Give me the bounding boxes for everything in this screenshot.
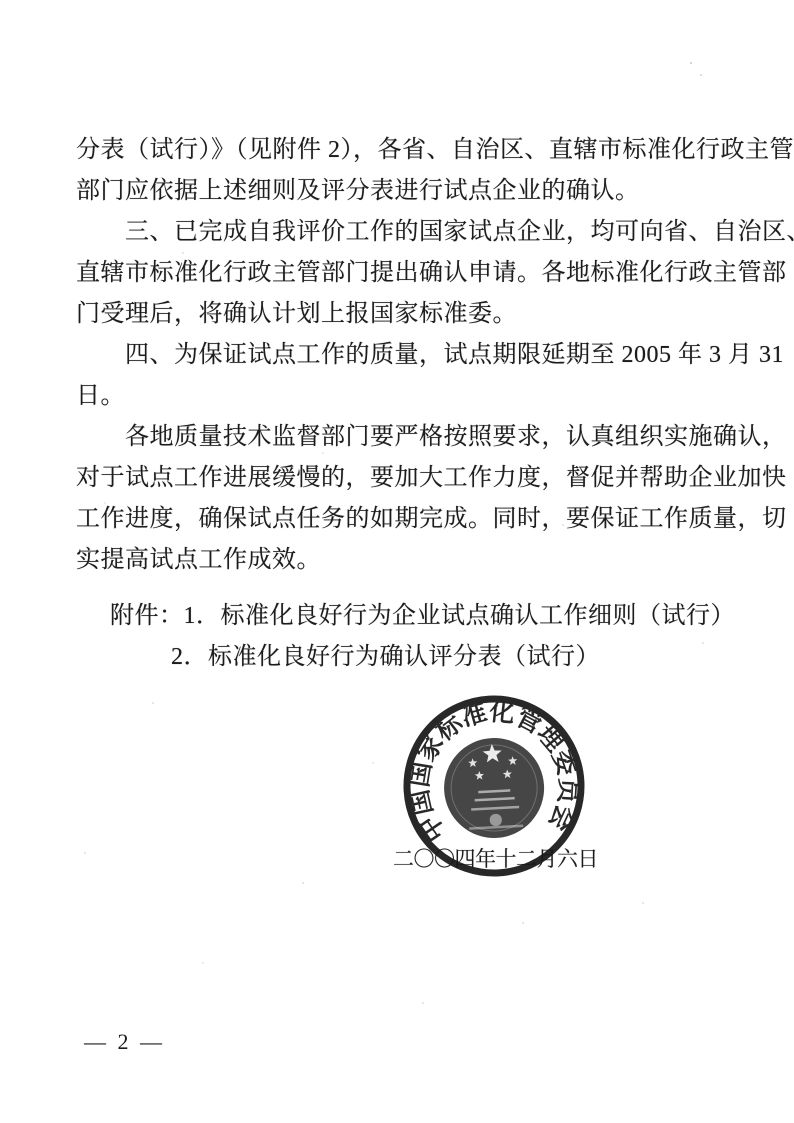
- national-emblem-icon: [442, 735, 547, 840]
- attachment-list: 附件：1．标准化良好行为企业试点确认工作细则（试行） 2．标准化良好行为确认评分…: [110, 596, 735, 678]
- document-body: 分表（试行）》（见附件 2），各省、自治区、直辖市标准化行政主管 部门应依据上述…: [76, 130, 736, 581]
- body-line-11: 实提高试点工作成效。: [76, 540, 736, 581]
- body-line-6: 四、为保证试点工作的质量，试点期限延期至 2005 年 3 月 31: [76, 335, 736, 376]
- body-line-2: 部门应依据上述细则及评分表进行试点企业的确认。: [76, 171, 736, 212]
- attachment-label: 附件：: [110, 603, 184, 629]
- body-line-9: 对于试点工作进展缓慢的，要加大工作力度，督促并帮助企业加快: [76, 458, 736, 499]
- body-line-10: 工作进度，确保试点任务的如期完成。同时，要保证工作质量，切: [76, 499, 736, 540]
- attachment-item-2: 2．标准化良好行为确认评分表（试行）: [110, 637, 735, 678]
- body-line-3: 三、已完成自我评价工作的国家试点企业，均可向省、自治区、: [76, 212, 736, 253]
- body-line-1: 分表（试行）》（见附件 2），各省、自治区、直辖市标准化行政主管: [76, 130, 736, 171]
- attachment-line-1: 附件：1．标准化良好行为企业试点确认工作细则（试行）: [110, 596, 735, 637]
- scan-noise-speckles: [0, 0, 2, 2]
- body-line-7: 日。: [76, 376, 736, 417]
- document-page: 分表（试行）》（见附件 2），各省、自治区、直辖市标准化行政主管 部门应依据上述…: [0, 0, 794, 1123]
- official-seal: 中国国家标准化管理委员会: [402, 694, 586, 878]
- body-line-4: 直辖市标准化行政主管部门提出确认申请。各地标准化行政主管部: [76, 253, 736, 294]
- body-line-5: 门受理后，将确认计划上报国家标准委。: [76, 294, 736, 335]
- attachment-item-1: 1．标准化良好行为企业试点确认工作细则（试行）: [184, 603, 736, 629]
- body-line-8: 各地质量技术监督部门要严格按照要求，认真组织实施确认，: [76, 417, 736, 458]
- page-number: — 2 —: [84, 1029, 165, 1055]
